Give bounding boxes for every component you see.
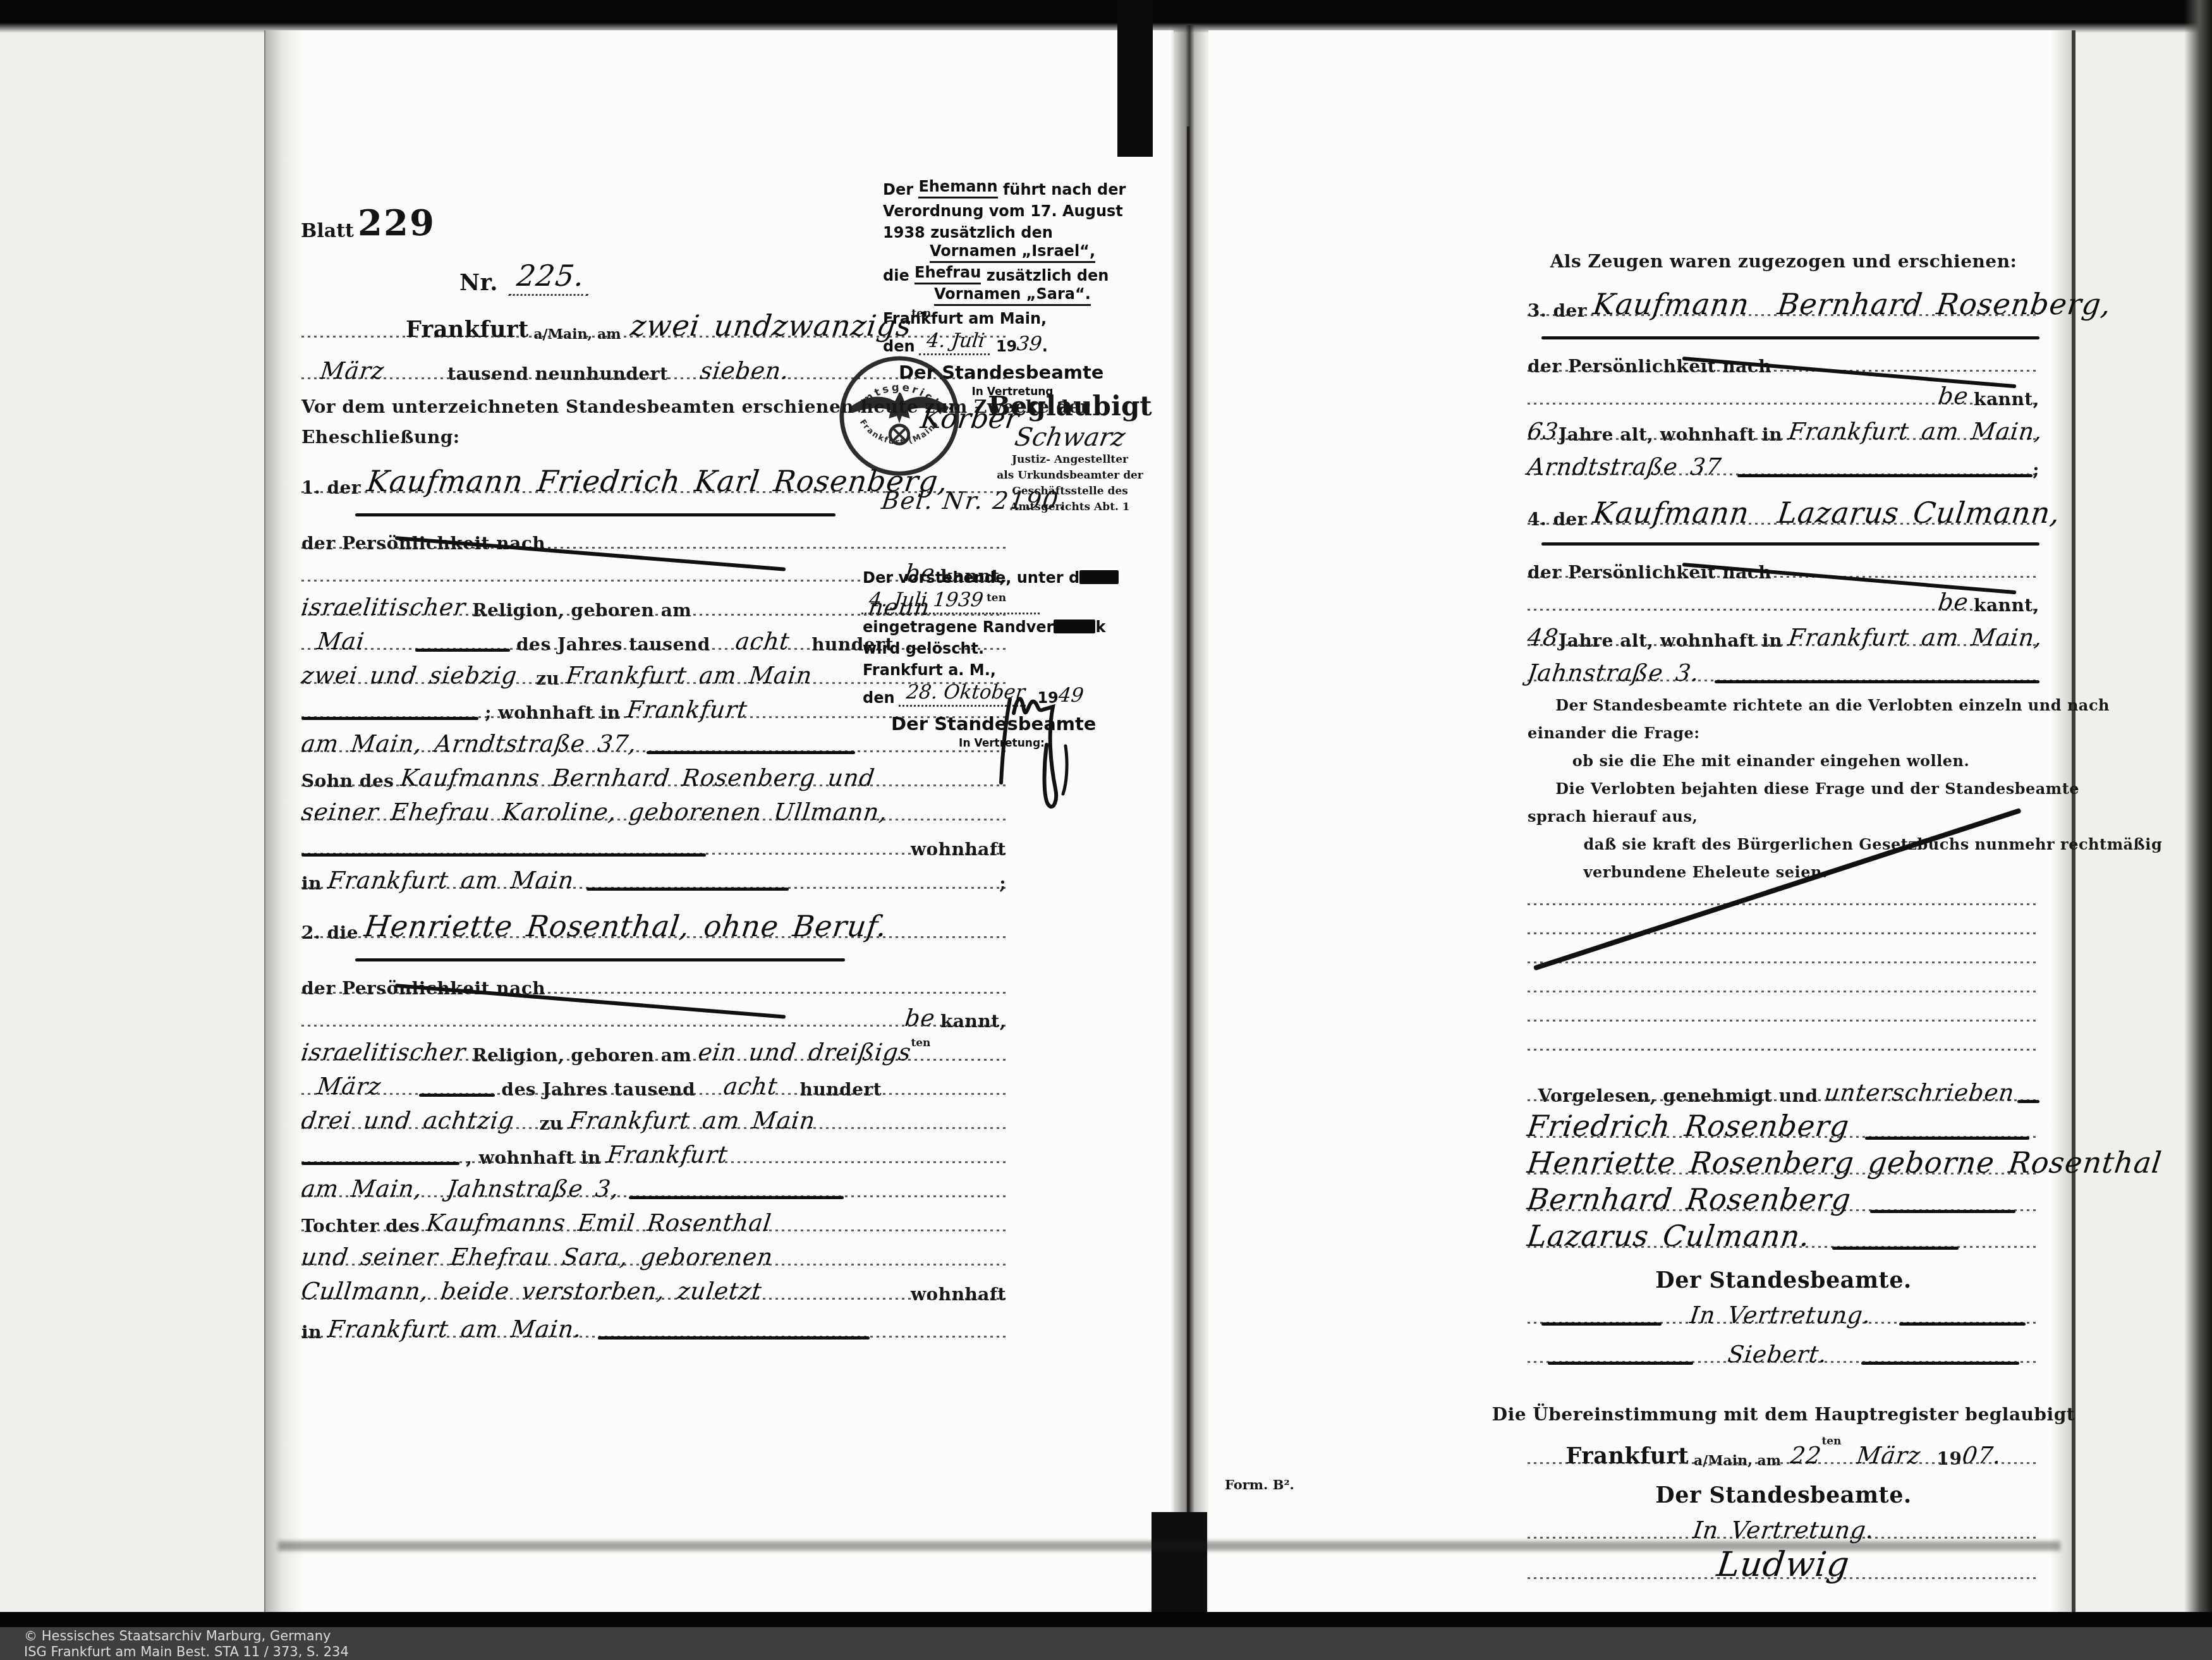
printed-text: kannt, (1974, 595, 2039, 616)
handwritten-text: Frankfurt am Main (327, 867, 576, 894)
form-line: die Ehefrau zusätzlich den (883, 263, 1142, 284)
form-line (1528, 321, 2039, 343)
stamp-text: Der (883, 181, 918, 198)
ink-rule (2017, 1100, 2039, 1103)
stamp-text: Ehemann (918, 178, 997, 198)
handwritten-text: Mai (315, 628, 366, 655)
form-line: Der vorstehende, unter d (863, 565, 1141, 587)
form-line: Siebert. (1528, 1329, 2039, 1368)
form-line: In Vertretung. (1528, 1508, 2039, 1544)
stamp-handwriting: 4. Juli (919, 329, 992, 355)
handwritten-text: In Vertretung. (1688, 1302, 1873, 1329)
printed-text: 4. der (1528, 509, 1593, 530)
printed-text: 1. der (301, 477, 367, 498)
printed-superscript: ten (911, 1037, 930, 1049)
printed-text: ; wohnhaft in (478, 702, 627, 723)
ink-rule (1548, 1362, 1693, 1365)
ink-blot (1054, 619, 1095, 633)
stamp-text: k (1095, 618, 1105, 636)
ink-rule (1870, 1210, 2015, 1213)
ink-rule (1737, 474, 2033, 477)
scan-top-black-bar (0, 0, 2212, 23)
form-line: 4. der Kaufmann Lazarus Culmann, (1528, 480, 2039, 530)
form-line: Frankfurt a/Main, am 22tenMärz1907. (1528, 1425, 2039, 1469)
archive-caption-bar: © Hessisches Staatsarchiv Marburg, Germa… (0, 1627, 2212, 1660)
ink-rule (301, 1162, 459, 1165)
printed-text: der Persönlichkeit nach (301, 533, 552, 554)
handwritten-text: Frankfurt (606, 1141, 730, 1168)
printed-text: Frankfurt (406, 317, 529, 343)
scan-right-dark-band (2184, 0, 2212, 1627)
form-line: Der Standesbeamte. (1528, 1469, 2039, 1508)
form-line (1528, 910, 2039, 939)
printed-text: Nr. (459, 270, 498, 296)
handwritten-text: Frankfurt (625, 696, 749, 723)
stamp-text: den (863, 689, 900, 707)
form-line: 3. der Kaufmann Bernhard Rosenberg, (1528, 272, 2039, 321)
form-line: 1938 zusätzlich den (883, 220, 1142, 241)
printed-text: Der Standesbeamte. (1655, 1267, 1911, 1293)
handwritten-text: März (319, 357, 386, 384)
ink-rule (415, 649, 510, 652)
handwritten-text: Kaufmanns Emil Rosenthal (425, 1209, 773, 1236)
printed-text: Der Standesbeamte richtete an die Verlob… (1528, 696, 2110, 714)
stamp-text: eingetragene Randver (863, 618, 1054, 636)
form-line: ob sie die Ehe mit einander eingehen wol… (1528, 742, 2039, 770)
beglaubigt-title: Beglaubigt (978, 391, 1162, 422)
form-line: am Main, Jahnstraße 3, (301, 1168, 1006, 1202)
ink-rule (1715, 680, 2039, 683)
form-line: bekannt, (301, 999, 1006, 1032)
handwritten-text: Siebert. (1726, 1341, 1828, 1368)
form-line: Vornamen „Sara“. (883, 284, 1142, 306)
handwritten-text: 225. (508, 259, 593, 296)
printed-text: Frankfurt (1566, 1443, 1689, 1469)
printed-text: ob sie die Ehe mit einander eingehen wol… (1528, 752, 1969, 770)
printed-text: einander die Frage: (1528, 724, 1700, 742)
form-line: 4. Juli 1939 (863, 587, 1141, 614)
form-line: Die Übereinstimmung mit dem Hauptregiste… (1528, 1379, 2039, 1425)
ink-rule (586, 888, 789, 891)
stamp-text: wird gelöscht. (863, 640, 984, 657)
printed-text: Religion, geboren am (466, 1045, 698, 1066)
handwritten-text: be (1937, 589, 1971, 616)
form-line: Vornamen „Israel“, (883, 241, 1142, 263)
stamp-text: 19 (991, 338, 1018, 355)
ink-rule (355, 958, 845, 961)
handwritten-text: sieben. (698, 357, 791, 384)
stamp-text: führt nach der (998, 181, 1126, 198)
form-line: Friedrich Rosenberg (1528, 1106, 2039, 1143)
handwritten-text: 48 (1526, 624, 1560, 651)
right-page-entry-text: Als Zeugen waren zugezogen und erschiene… (1528, 239, 2039, 1584)
clerk-role-line: Justiz- Angestellter (978, 452, 1162, 468)
form-line: Bernhard Rosenberg (1528, 1180, 2039, 1216)
printed-text: Die Verlobten bejahten diese Frage und d… (1528, 779, 2079, 798)
printed-text: zu (539, 1113, 569, 1134)
stamp-text: Verordnung vom 17. August (883, 202, 1123, 220)
blatt-number: 229 (358, 202, 435, 244)
form-line: Vorgelesen, genehmigt und unterschrieben (1528, 1067, 2039, 1106)
form-line: 2. die Henriette Rosenthal, ohne Beruf. (301, 894, 1006, 943)
form-line (1528, 530, 2039, 549)
form-line: Henriette Rosenberg geborne Rosenthal (1528, 1143, 2039, 1180)
printed-text: Vorgelesen, genehmigt und (1538, 1085, 1824, 1106)
handwritten-text: Frankfurt am Main, (1787, 624, 2045, 651)
stamp-text: zusätzlich den (981, 267, 1109, 284)
clerk-role-line: als Urkundsbeamter der (978, 468, 1162, 484)
handwritten-text: Kaufmann Lazarus Culmann, (1591, 496, 2063, 530)
reichsadler-eagle-icon (850, 393, 949, 444)
printed-text: wohnhaft (904, 839, 1006, 860)
archival-scan-marriage-register: Blatt 229 Nr.225.Frankfurt a/Main, am zw… (0, 0, 2212, 1660)
form-line: Lazarus Culmann. (1528, 1216, 2039, 1253)
printed-text: der Persönlichkeit nach (1528, 356, 1778, 377)
form-line: Arndtstraße 37; (1528, 445, 2039, 480)
printed-text: a/Main, am (529, 326, 631, 343)
printed-text: Der Standesbeamte. (1655, 1482, 1911, 1508)
handwritten-text: Friedrich Rosenberg (1526, 1109, 1852, 1143)
clerk-signature: Schwarz (976, 423, 1164, 452)
printed-text: Als Zeugen waren zugezogen und erschiene… (1550, 251, 2017, 272)
ink-rule (419, 1094, 495, 1097)
handwritten-text: Frankfurt am Main, (1787, 418, 2045, 445)
printed-text: Tochter des (301, 1216, 427, 1236)
form-line (1528, 968, 2039, 998)
handwritten-text: Bernhard Rosenberg (1526, 1182, 1853, 1216)
handwritten-text: acht (722, 1073, 779, 1100)
handwritten-text: be (904, 1004, 937, 1032)
book-gutter-line (1187, 126, 1189, 1517)
form-line: In Vertretung. (1528, 1293, 2039, 1329)
ink-rule (1899, 1322, 2026, 1326)
form-line: sprach hierauf aus, (1528, 798, 2039, 826)
handwritten-text: März (1856, 1442, 1923, 1469)
stamp-text: den (883, 338, 920, 355)
handwritten-text: ein und dreißigs (696, 1039, 913, 1066)
form-number-label: Form. B². (1225, 1477, 1294, 1492)
binding-strip-top (1117, 0, 1153, 157)
ink-rule (1541, 336, 2039, 339)
handwritten-text: zwei undzwanzigs (628, 308, 913, 343)
stamp-text: Frankfurt a. M., (863, 661, 996, 679)
handwritten-text: Lazarus Culmann. (1526, 1219, 1813, 1253)
printed-text: in (301, 1322, 328, 1343)
form-line: Der Ehemann führt nach der (883, 177, 1142, 198)
printed-superscript: ten (1821, 1435, 1841, 1448)
officiant-signature-scrawl (992, 688, 1087, 839)
form-line: der Persönlichkeit nach (1528, 549, 2039, 583)
handwritten-text: Cullmann, beide verstorben, zuletzt (300, 1278, 763, 1305)
form-line: , wohnhaft in Frankfurt (301, 1134, 1006, 1168)
stamp-handwriting: 39 (1016, 333, 1043, 355)
handwritten-text: am Main, Jahnstraße 3, (300, 1175, 621, 1202)
stamp-text: Frankfurt am Main, (883, 310, 1047, 327)
printed-text: Jahre alt, wohnhaft in (1559, 424, 1789, 445)
ink-rule (301, 717, 478, 720)
stamp-text: Der vorstehende, unter d (863, 569, 1079, 587)
printed-text: des Jahres tausend (495, 1079, 695, 1100)
page-bottom-fold-shadow (278, 1541, 2060, 1551)
register-page-left: Blatt 229 Nr.225.Frankfurt a/Main, am zw… (264, 30, 1174, 1614)
form-line: März des Jahres tausendachthundert (301, 1066, 1006, 1100)
handwritten-text: März (315, 1073, 382, 1100)
printed-text: ; (2033, 460, 2039, 480)
form-line: in Frankfurt am Main; (301, 860, 1006, 894)
handwritten-text: seiner Ehefrau Karoline, geborenen Ullma… (300, 798, 889, 826)
form-line: Verordnung vom 17. August (883, 198, 1142, 220)
register-page-right: Als Zeugen waren zugezogen und erschiene… (1208, 30, 2075, 1614)
handwritten-text: unterschrieben (1823, 1079, 2016, 1106)
handwritten-text: Arndtstraße 37 (1526, 453, 1723, 480)
printed-text: kannt, (940, 1011, 1006, 1032)
form-line: Frankfurt am Main, (883, 306, 1142, 327)
printed-text: tausend neunhundert (447, 363, 674, 384)
handwritten-text: 63 (1526, 418, 1560, 445)
form-line: Jahnstraße 3. (1528, 651, 2039, 687)
printed-text: wohnhaft (904, 1284, 1006, 1305)
ink-rule (647, 751, 855, 754)
form-line: Als Zeugen waren zugezogen und erschiene… (1528, 239, 2039, 272)
form-line: in Frankfurt am Main. (301, 1305, 1006, 1343)
form-line: 48Jahre alt, wohnhaft in Frankfurt am Ma… (1528, 616, 2039, 651)
stamp-text: 1938 zusätzlich den (883, 224, 1053, 241)
handwritten-text: am Main, Arndtstraße 37, (300, 730, 638, 757)
form-line (1528, 1027, 2039, 1056)
ink-rule (355, 513, 836, 516)
printed-text: 2. die (301, 922, 365, 943)
page-right-edge-shading (2050, 30, 2072, 1614)
handwritten-text: Kaufmanns Bernhard Rosenberg und (399, 764, 877, 791)
printed-text: 3. der (1528, 300, 1593, 321)
handwritten-text: be (1937, 382, 1971, 410)
handwritten-text: 07. (1960, 1442, 2003, 1469)
handwritten-text: 22 (1789, 1442, 1823, 1469)
stamp-handwriting: 4. Juli 1939 (861, 589, 991, 614)
printed-text: sprach hierauf aus, (1528, 807, 1698, 826)
archive-credit-line: © Hessisches Staatsarchiv Marburg, Germa… (24, 1628, 331, 1644)
printed-text: daß sie kraft des Bürgerlichen Gesetzbuc… (1528, 835, 2162, 853)
printed-text: Religion, geboren am (466, 600, 691, 621)
stamp-text: Vornamen „Sara“. (934, 285, 1091, 306)
ink-rule (598, 1336, 870, 1340)
form-line: israelitischer Religion, geboren am ein … (301, 1032, 1006, 1066)
ink-rule (1865, 1137, 2029, 1140)
registry-number-note: Bel. Nr. 2190. (880, 487, 1069, 515)
form-line: seiner Ehefrau Karoline, geborenen Ullma… (301, 791, 1006, 826)
form-line: einander die Frage: (1528, 714, 2039, 742)
form-line: verbundene Eheleute seien. (1528, 853, 2039, 881)
handwritten-text: Henriette Rosenberg geborne Rosenthal (1526, 1145, 2164, 1180)
printed-text: zu (536, 668, 566, 689)
form-line (301, 943, 1006, 965)
printed-text: a/Main, am (1689, 1453, 1790, 1469)
form-line: Die Verlobten bejahten diese Frage und d… (1528, 770, 2039, 798)
handwritten-text: Henriette Rosenthal, ohne Beruf. (363, 909, 889, 943)
handwritten-text: Frankfurt am Main. (327, 1315, 584, 1343)
blatt-label: Blatt (301, 220, 354, 242)
printed-text: der Persönlichkeit nach (1528, 562, 1778, 583)
stamp-text: Ehefrau (915, 264, 981, 284)
stamp-text: . (1042, 338, 1048, 355)
form-line: Der Standesbeamte richtete an die Verlob… (1528, 687, 2039, 714)
amtsgericht-court-seal: Amtsgericht Frankfurt (Main) (837, 354, 961, 478)
handwritten-text: acht (734, 628, 791, 655)
form-line: der Persönlichkeit nach (1528, 343, 2039, 377)
stamp-text: Vornamen „Israel“, (930, 242, 1095, 263)
form-line: und seiner Ehefrau Sara, geborenen (301, 1236, 1006, 1271)
handwritten-text: zwei und siebzig (300, 662, 518, 689)
printed-text: des Jahres tausend (510, 634, 710, 655)
form-line (1528, 998, 2039, 1027)
printed-text: , wohnhaft in (459, 1147, 607, 1168)
ink-rule (1861, 1362, 2019, 1365)
handwritten-text: israelitischer (300, 1039, 467, 1066)
form-line: drei und achtzigzu Frankfurt am Main (301, 1100, 1006, 1134)
archive-reference-line: ISG Frankfurt am Main Best. STA 11 / 373… (24, 1644, 349, 1659)
printed-text: verbundene Eheleute seien. (1528, 863, 1828, 881)
ink-blot (1079, 570, 1119, 584)
form-line: 63Jahre alt, wohnhaft in Frankfurt am Ma… (1528, 410, 2039, 445)
scan-bottom-black-bar (0, 1612, 2212, 1627)
handwritten-text: Frankfurt am Main (568, 1107, 817, 1134)
form-line: der Persönlichkeit nach (301, 965, 1006, 999)
form-line: Sohn des Kaufmanns Bernhard Rosenberg un… (301, 757, 1006, 791)
form-line: eingetragene Randverk (863, 614, 1141, 636)
handwritten-text: Kaufmann Bernhard Rosenberg, (1591, 287, 2113, 321)
form-line: Frankfurt a. M., (863, 657, 1141, 679)
page-left-edge-shading (265, 30, 305, 1614)
form-line: Tochter des Kaufmanns Emil Rosenthal (301, 1202, 1006, 1236)
ink-rule (301, 853, 706, 857)
printed-text: Sohn des (301, 771, 401, 791)
form-line: Der Standesbeamte. (1528, 1253, 2039, 1293)
ink-rule (1541, 542, 2039, 546)
form-line: den 4. Juli 1939. (883, 327, 1142, 355)
printed-text: hundert (800, 1079, 882, 1100)
ink-rule (629, 1196, 844, 1199)
form-line: Cullmann, beide verstorben, zuletzt wohn… (301, 1271, 1006, 1305)
stamp-text: die (883, 267, 915, 284)
ink-rule (1832, 1247, 1959, 1250)
handwritten-text: Jahnstraße 3. (1526, 659, 1701, 687)
ink-rule (1541, 1322, 1662, 1326)
printed-text: Eheschließung: (301, 427, 460, 448)
printed-text: kannt, (1974, 389, 2039, 410)
printed-text: ; (999, 873, 1006, 894)
handwritten-text: In Vertretung. (1691, 1517, 1876, 1544)
form-line: wohnhaft (301, 826, 1006, 860)
printed-text: in (301, 873, 328, 894)
printed-text: 19 (1937, 1448, 1962, 1469)
handwritten-text: israelitischer (300, 594, 467, 621)
printed-text: Jahre alt, wohnhaft in (1559, 630, 1789, 651)
handwritten-text: drei und achtzig (300, 1107, 516, 1134)
handwritten-text: und seiner Ehefrau Sara, geborenen (300, 1243, 774, 1271)
printed-text: Die Übereinstimmung mit dem Hauptregiste… (1492, 1404, 2075, 1425)
form-line: wird gelöscht. (863, 636, 1141, 657)
handwritten-text: Frankfurt am Main (564, 662, 813, 689)
